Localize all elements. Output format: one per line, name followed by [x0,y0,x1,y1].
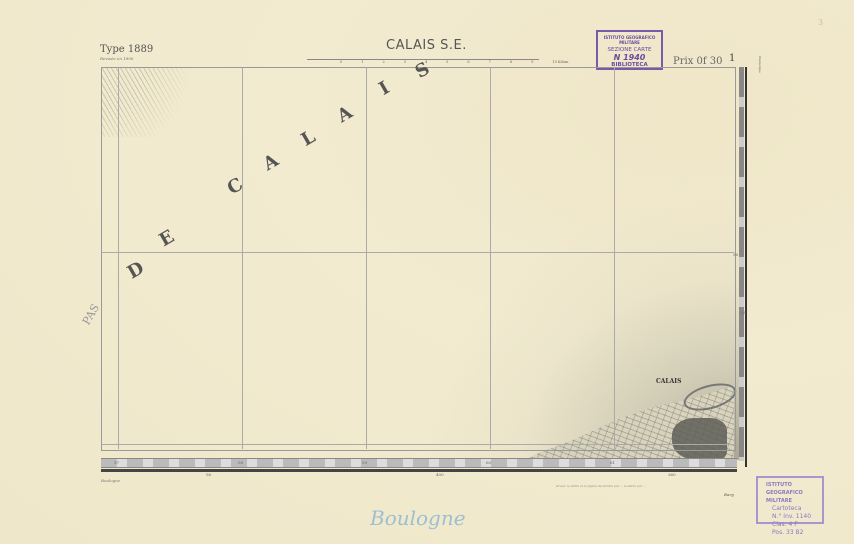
map-frame [101,67,736,451]
scale-tick: 7 [489,60,491,64]
border-line-right [745,67,747,467]
type-label: Type 1889 [100,44,153,55]
coordinate-label: 360 [668,472,676,477]
grid-line-vertical [490,67,491,449]
library-stamp-top: ISTITUTO GEOGRAFICO MILITARE SEZIONE CAR… [596,30,663,70]
revision-note: Revisée en 1896 [100,56,133,61]
scale-tick: 6 [467,60,469,64]
engraver-note: Barg [724,492,734,497]
scale-ticks: 0 1 2 3 4 5 6 7 8 9 10 Kilom. [340,60,569,64]
scale-tick: 1 [361,60,363,64]
price-label: Prix 0f 30 [673,56,723,67]
stamp-line: ISTITUTO GEOGRAFICO MILITARE [598,35,661,45]
stamp-line: N 1940 [598,53,661,62]
grid-line-horizontal [101,444,734,445]
bottom-left-note: Boulogne [101,478,120,483]
coordinate-label: 58 [238,460,243,465]
border-line-bottom [101,469,737,472]
scale-tick: 9 [531,60,533,64]
scale-tick: 10 Kilom. [552,60,569,64]
grid-line-vertical [614,67,615,449]
grid-line-vertical [242,67,243,449]
stamp-line: Clas. 4 F [772,521,818,529]
library-stamp-bottom: ISTITUTO GEOGRAFICO MILITARE Cartoteca N… [756,476,824,524]
coordinate-label: 61 [610,460,615,465]
scale-tick: 3 [404,60,406,64]
coordinate-label: 59 [362,460,367,465]
stamp-header: ISTITUTO GEOGRAFICO MILITARE [766,481,818,505]
coordinate-label: 54 [741,310,746,315]
engraving-credit: Gravé: la lettre et la figure du terrain… [556,484,646,488]
handwritten-annotation: Boulogne [370,506,466,530]
grid-line-vertical [366,67,367,449]
map-title: CALAIS S.E. [386,38,467,53]
grid-line-horizontal [101,252,734,253]
scale-tick: 5 [446,60,448,64]
graduated-border-bottom [101,458,737,468]
coordinate-label: 60 [486,460,491,465]
scale-tick: 0 [340,60,342,64]
graduated-border-right [739,67,744,461]
grid-line-vertical [118,67,119,449]
scale-tick: 2 [382,60,384,64]
sheet-number: 1 [729,53,735,64]
stamp-line: Cartoteca [772,505,818,513]
scale-tick: 8 [510,60,512,64]
coordinate-label: 56 [206,472,211,477]
coordinate-label: 57 [114,460,119,465]
coordinate-label: 56 [733,252,738,257]
stamp-line: N.° Inv. 1140 [772,513,818,521]
coordinate-label: 400 [436,472,444,477]
stamp-line: Pos. 33 B2 [772,529,818,537]
corner-mark: 3 [818,18,823,27]
right-margin-note: Dunkerque [758,56,762,73]
